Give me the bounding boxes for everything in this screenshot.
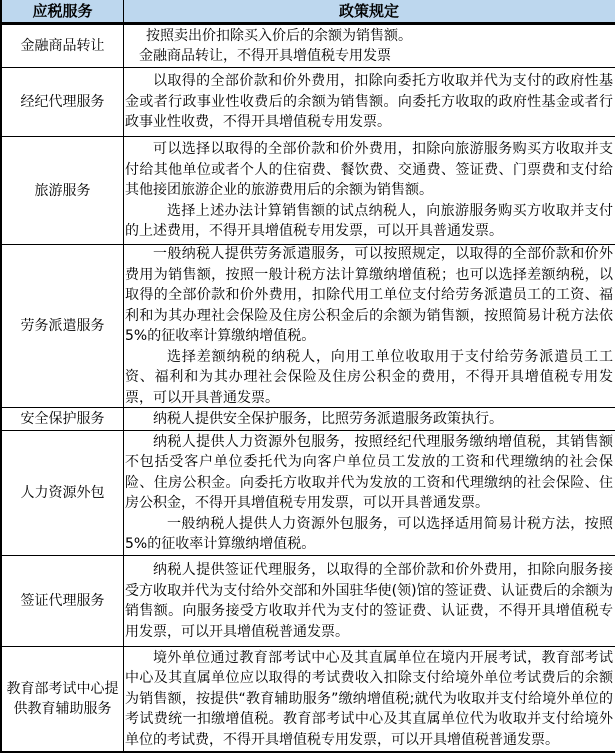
- policy-cell: 以取得的全部价款和价外费用，扣除向委托方收取并代为支付的政府性基金或者行政事业性…: [124, 68, 615, 136]
- policy-paragraph: 选择上述办法计算销售额的试点纳税人，向旅游服务购买方收取并支付的上述费用，不得开…: [125, 201, 613, 242]
- policy-cell: 可以选择以取得的全部价款和价外费用，扣除向旅游服务购买方收取并支付给其他单位或者…: [124, 137, 615, 244]
- table-row: 金融商品转让 按照卖出价扣除买入价后的余额为销售额。 金融商品转让，不得开具增值…: [2, 25, 615, 68]
- policy-paragraph: 按照卖出价扣除买入价后的余额为销售额。: [125, 26, 613, 47]
- service-name-cell: 金融商品转让: [2, 25, 124, 67]
- service-name-cell: 旅游服务: [2, 137, 124, 244]
- policy-cell: 一般纳税人提供劳务派遣服务，可以按照规定，以取得的全部价款和价外费用为销售额，按…: [124, 245, 615, 407]
- table-row: 人力资源外包 纳税人提供人力资源外包服务，按照经纪代理服务缴纳增值税，其销售额不…: [2, 431, 615, 556]
- policy-paragraph: 境外单位通过教育部考试中心及其直属单位在境内开展考试，教育部考试中心及其直属单位…: [125, 648, 613, 751]
- policy-paragraph: 一般纳税人提供人力资源外包服务，可以选择适用简易计税方法，按照5%的征收率计算缴…: [125, 514, 613, 555]
- policy-paragraph: 纳税人提供签证代理服务，以取得的全部价款和价外费用，扣除向服务接受方收取并代为支…: [125, 560, 613, 642]
- policy-cell: 纳税人提供人力资源外包服务，按照经纪代理服务缴纳增值税，其销售额不包括受客户单位…: [124, 431, 615, 555]
- table-row: 旅游服务 可以选择以取得的全部价款和价外费用，扣除向旅游服务购买方收取并支付给其…: [2, 137, 615, 245]
- header-service-col: 应税服务: [2, 0, 124, 22]
- policy-paragraph: 可以选择以取得的全部价款和价外费用，扣除向旅游服务购买方收取并支付给其他单位或者…: [125, 139, 613, 201]
- header-row: 应税服务 政策规定: [2, 0, 615, 25]
- policy-cell: 纳税人提供签证代理服务，以取得的全部价款和价外费用，扣除向服务接受方收取并代为支…: [124, 556, 615, 646]
- document-page: 应税服务 政策规定 金融商品转让 按照卖出价扣除买入价后的余额为销售额。 金融商…: [0, 0, 615, 753]
- policy-paragraph: 以取得的全部价款和价外费用，扣除向委托方收取并代为支付的政府性基金或者行政事业性…: [125, 71, 613, 133]
- policy-paragraph: 一般纳税人提供劳务派遣服务，可以按照规定，以取得的全部价款和价外费用为销售额，按…: [125, 245, 613, 347]
- service-name-cell: 劳务派遣服务: [2, 245, 124, 407]
- table-row: 安全保护服务 纳税人提供安全保护服务，比照劳务派遣服务政策执行。: [2, 408, 615, 431]
- policy-paragraph: 纳税人提供人力资源外包服务，按照经纪代理服务缴纳增值税，其销售额不包括受客户单位…: [125, 432, 613, 514]
- table-row: 经纪代理服务 以取得的全部价款和价外费用，扣除向委托方收取并代为支付的政府性基金…: [2, 68, 615, 137]
- policy-paragraph: 纳税人提供安全保护服务，比照劳务派遣服务政策执行。: [125, 409, 613, 430]
- policy-paragraph: 金融商品转让，不得开具增值税专用发票: [125, 46, 613, 67]
- policy-cell: 境外单位通过教育部考试中心及其直属单位在境内开展考试，教育部考试中心及其直属单位…: [124, 647, 615, 751]
- service-name-cell: 安全保护服务: [2, 408, 124, 430]
- policy-cell: 纳税人提供安全保护服务，比照劳务派遣服务政策执行。: [124, 408, 615, 430]
- table-row: 教育部考试中心提供教育辅助服务 境外单位通过教育部考试中心及其直属单位在境内开展…: [2, 647, 615, 751]
- policy-paragraph: 选择差额纳税的纳税人，向用工单位收取用于支付给劳务派遣员工工资、福利和为其办理社…: [125, 347, 613, 408]
- service-name-cell: 签证代理服务: [2, 556, 124, 646]
- service-name-cell: 人力资源外包: [2, 431, 124, 555]
- header-policy-col: 政策规定: [124, 0, 615, 22]
- policy-cell: 按照卖出价扣除买入价后的余额为销售额。 金融商品转让，不得开具增值税专用发票: [124, 25, 615, 67]
- table-row: 签证代理服务 纳税人提供签证代理服务，以取得的全部价款和价外费用，扣除向服务接受…: [2, 556, 615, 647]
- table-row: 劳务派遣服务 一般纳税人提供劳务派遣服务，可以按照规定，以取得的全部价款和价外费…: [2, 245, 615, 408]
- service-name-cell: 经纪代理服务: [2, 68, 124, 136]
- tax-policy-table: 应税服务 政策规定 金融商品转让 按照卖出价扣除买入价后的余额为销售额。 金融商…: [0, 0, 615, 753]
- service-name-cell: 教育部考试中心提供教育辅助服务: [2, 647, 124, 751]
